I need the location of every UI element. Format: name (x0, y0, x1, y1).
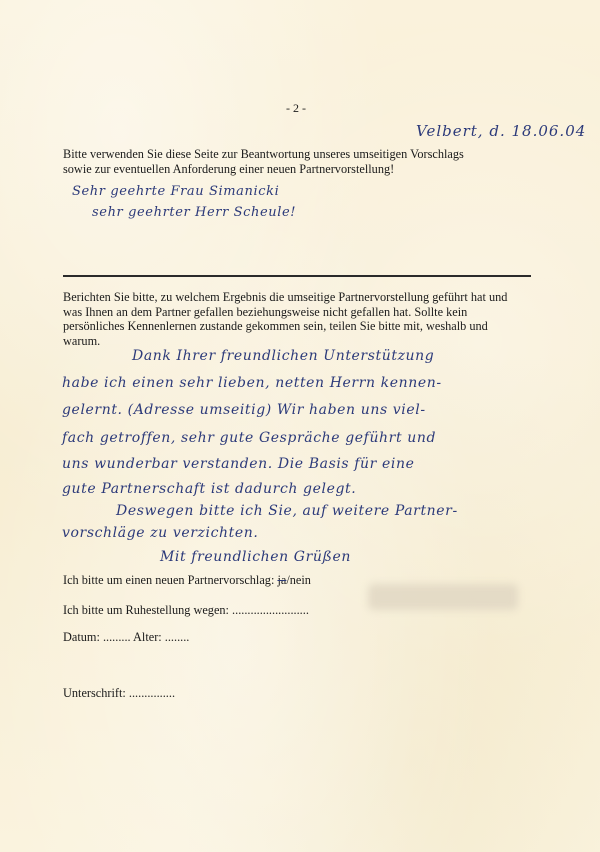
redacted-area (368, 584, 518, 610)
letter-line: Dank Ihrer freundlichen Unterstützung (132, 348, 434, 364)
new-proposal-no-option[interactable]: nein (290, 573, 311, 587)
divider-line (63, 275, 531, 277)
letter-line: gute Partnerschaft ist dadurch gelegt. (62, 481, 356, 497)
instructions-line: Bitte verwenden Sie diese Seite zur Bean… (63, 147, 464, 162)
letter-line: fach getroffen, sehr gute Gespräche gefü… (62, 430, 436, 446)
report-prompt: Berichten Sie bitte, zu welchem Ergebnis… (63, 290, 507, 348)
instructions: Bitte verwenden Sie diese Seite zur Bean… (63, 147, 464, 176)
letter-line: habe ich einen sehr lieben, netten Herrn… (62, 375, 442, 391)
new-proposal-label: Ich bitte um einen neuen Partnervorschla… (63, 573, 274, 587)
salutation-line: sehr geehrter Herr Scheule! (92, 205, 296, 220)
date-age-field[interactable]: Datum: ......... Alter: ........ (63, 630, 189, 645)
letter-line: Deswegen bitte ich Sie, auf weitere Part… (116, 503, 458, 519)
signature-field[interactable]: Unterschrift: ............... (63, 686, 175, 701)
letter-line: vorschläge zu verzichten. (62, 525, 258, 541)
letter-line: uns wunderbar verstanden. Die Basis für … (62, 456, 414, 472)
letter-line: Mit freundlichen Grüßen (160, 549, 351, 565)
page-number: - 2 - (286, 101, 306, 116)
new-proposal-field: Ich bitte um einen neuen Partnervorschla… (63, 573, 311, 588)
salutation-line: Sehr geehrte Frau Simanicki (72, 184, 279, 199)
rest-request-field[interactable]: Ich bitte um Ruhestellung wegen: .......… (63, 603, 309, 618)
report-prompt-line: persönliches Kennenlernen zustande gekom… (63, 319, 507, 334)
report-prompt-line: was Ihnen an dem Partner gefallen bezieh… (63, 305, 507, 320)
place-date: Velbert, d. 18.06.04 (416, 122, 586, 140)
report-prompt-line: warum. (63, 334, 507, 349)
report-prompt-line: Berichten Sie bitte, zu welchem Ergebnis… (63, 290, 507, 305)
instructions-line: sowie zur eventuellen Anforderung einer … (63, 162, 464, 177)
letter-line: gelernt. (Adresse umseitig) Wir haben un… (62, 402, 426, 418)
new-proposal-yes-option[interactable]: ja (277, 573, 286, 587)
